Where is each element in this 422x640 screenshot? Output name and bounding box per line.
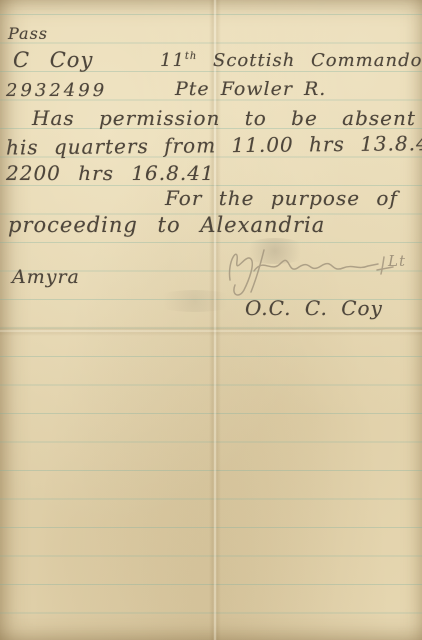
service-number: 2932499 <box>6 80 107 101</box>
officer-title: O.C. C. Coy <box>245 296 383 320</box>
scanned-pass-document: Pass C Coy 11th Scottish Commando 293249… <box>0 0 422 640</box>
purpose-line: For the purpose of <box>165 186 398 210</box>
signature-rank-suffix: Lt <box>388 252 406 270</box>
soldier-name: Pte Fowler R. <box>175 78 326 100</box>
place-name: Amyra <box>12 266 80 288</box>
pass-label: Pass <box>8 24 48 43</box>
company-name: C Coy <box>13 48 93 72</box>
horizontal-fold-crease <box>0 326 422 336</box>
unit-number: 11 <box>160 50 185 71</box>
permission-line-1: Has permission to be absent from <box>32 106 422 130</box>
permission-line-3: 2200 hrs 16.8.41 <box>6 161 215 185</box>
officer-signature <box>224 240 414 298</box>
unit-ordinal-suffix: th <box>185 51 197 62</box>
unit-title: Scottish Commando <box>213 50 422 71</box>
permission-line-2: his quarters from 11.00 hrs 13.8.41 till <box>6 130 422 159</box>
unit-name: 11th Scottish Commando <box>160 50 422 71</box>
destination-line: proceeding to Alexandria <box>8 213 325 237</box>
